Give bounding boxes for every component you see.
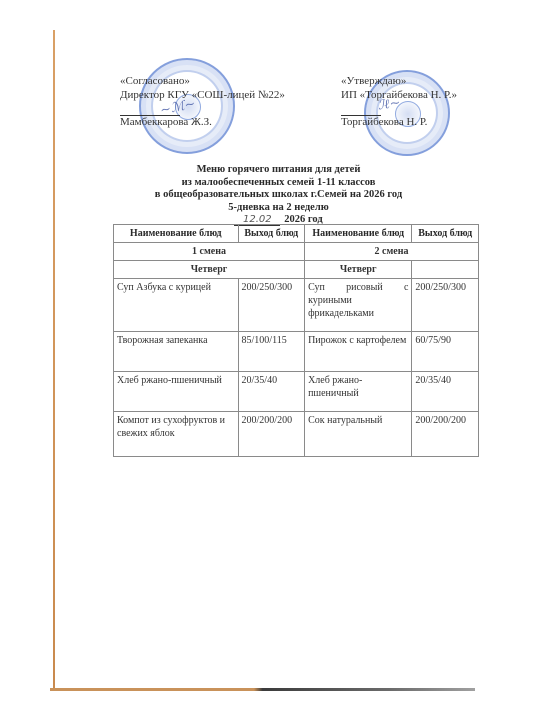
yield-2: 60/75/90 (412, 332, 479, 372)
approved-name: Торгайбекова Н. Р. (341, 116, 457, 130)
table-row: Творожная запеканка 85/100/115 Пирожок с… (114, 332, 479, 372)
header-yield-1: Выход блюд (238, 225, 305, 243)
dish-2: Хлеб ржано-пшеничный (305, 372, 412, 412)
yield-1: 85/100/115 (238, 332, 305, 372)
dish-2: Сок натуральный (305, 412, 412, 457)
title-line-3: в общеобразовательных школах г.Семей на … (0, 189, 557, 202)
title-line-2: из малообеспеченных семей 1-11 классов (0, 177, 557, 190)
dish-2: Суп рисовый с куриными фрикадельками (305, 279, 412, 332)
shift-1: 1 смена (114, 243, 305, 261)
yield-1: 20/35/40 (238, 372, 305, 412)
dish-1: Суп Азбука с курицей (114, 279, 239, 332)
approval-block-agreed: «Согласовано» Директор КГУ «СОШ-лицей №2… (120, 75, 285, 130)
day-shift-1: Четверг (114, 261, 305, 279)
day-shift-2-blank (412, 261, 479, 279)
dish-1: Хлеб ржано-пшеничный (114, 372, 239, 412)
handwritten-signature-right-icon: ℐℓ~ (377, 95, 401, 114)
header-dish-name-1: Наименование блюд (114, 225, 239, 243)
document-title: Меню горячего питания для детей из малоо… (0, 164, 557, 227)
table-row: Суп Азбука с курицей 200/250/300 Суп рис… (114, 279, 479, 332)
header-yield-2: Выход блюд (412, 225, 479, 243)
shift-2: 2 смена (305, 243, 479, 261)
title-line-4: 5-дневка на 2 неделю (0, 202, 557, 215)
menu-table: Наименование блюд Выход блюд Наименовани… (113, 224, 479, 457)
title-line-1: Меню горячего питания для детей (0, 164, 557, 177)
dish-2: Пирожок с картофелем (305, 332, 412, 372)
signature-line-right (341, 102, 381, 116)
yield-2: 20/35/40 (412, 372, 479, 412)
dish-1: Компот из сухофруктов и свежих яблок (114, 412, 239, 457)
day-row: Четверг Четверг (114, 261, 479, 279)
day-shift-2: Четверг (305, 261, 412, 279)
yield-1: 200/250/300 (238, 279, 305, 332)
yield-2: 200/250/300 (412, 279, 479, 332)
dish-1: Творожная запеканка (114, 332, 239, 372)
agreed-position: Директор КГУ «СОШ-лицей №22» (120, 89, 285, 103)
shift-row: 1 смена 2 смена (114, 243, 479, 261)
header-dish-name-2: Наименование блюд (305, 225, 412, 243)
yield-2: 200/200/200 (412, 412, 479, 457)
agreed-label: «Согласовано» (120, 75, 285, 89)
table-row: Хлеб ржано-пшеничный 20/35/40 Хлеб ржано… (114, 372, 479, 412)
yield-1: 200/200/200 (238, 412, 305, 457)
scan-page-edge-left (53, 30, 55, 689)
approved-label: «Утверждаю» (341, 75, 457, 89)
table-row: Компот из сухофруктов и свежих яблок 200… (114, 412, 479, 457)
agreed-name: Мамбеккарова Ж.З. (120, 116, 285, 130)
scan-page-edge-bottom (50, 688, 475, 691)
table-header-row: Наименование блюд Выход блюд Наименовани… (114, 225, 479, 243)
